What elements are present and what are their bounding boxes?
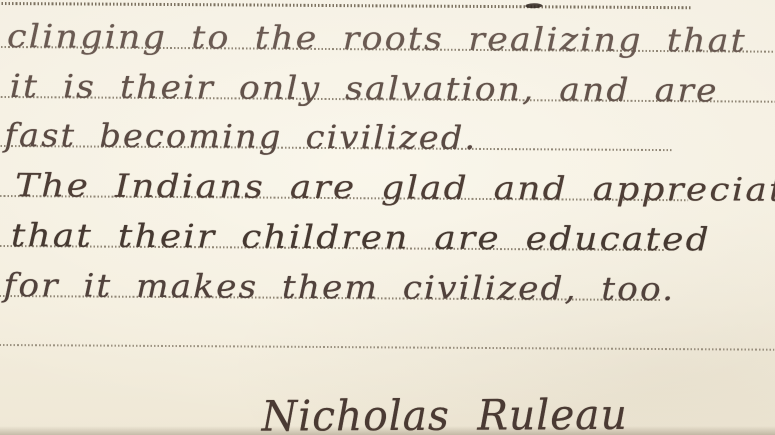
handwritten-line: it is their only salvation, and are (10, 70, 719, 106)
handwritten-line: that their children are educated (11, 219, 711, 255)
ruled-line (0, 344, 774, 351)
handwritten-line: for it makes them civilized, too. (3, 269, 675, 305)
signature: Nicholas Ruleau (261, 394, 627, 435)
handwritten-line: fast becoming civilized. (4, 119, 477, 154)
handwritten-line: The Indians are glad and appreciated (15, 169, 775, 206)
ruled-paper-sheet: clinging to the roots realizing that it … (0, 0, 775, 435)
ruled-line (1, 2, 691, 9)
manuscript-page: clinging to the roots realizing that it … (0, 0, 775, 435)
handwritten-line: clinging to the roots realizing that (7, 20, 747, 57)
